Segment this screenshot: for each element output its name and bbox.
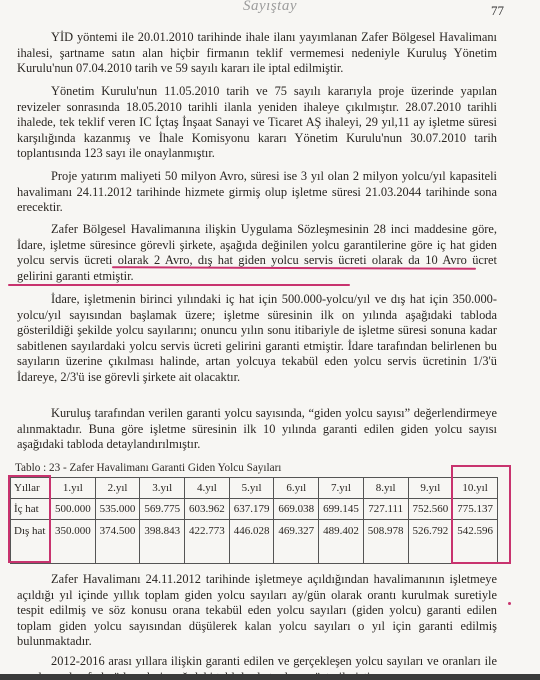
table-cell: 669.038 bbox=[274, 499, 319, 520]
paragraph-text: Yönetim Kurulu'nun 11.05.2010 tarih ve 7… bbox=[17, 84, 497, 160]
table-header-cell: 2.yıl bbox=[95, 478, 140, 499]
table-cell: 350.000 bbox=[51, 520, 96, 564]
table-cell: 569.775 bbox=[140, 499, 185, 520]
table-cell: 469.327 bbox=[274, 520, 319, 564]
table-cell: 500.000 bbox=[51, 499, 96, 520]
paragraph-text: Zafer Havalimanı 24.11.2012 tarihinde iş… bbox=[17, 572, 497, 648]
table-cell: 398.843 bbox=[140, 520, 185, 564]
running-header: Sayıştay bbox=[0, 0, 540, 15]
paragraph-3: Proje yatırım maliyeti 50 milyon Avro, s… bbox=[17, 169, 497, 216]
table-cell: 508.978 bbox=[363, 520, 408, 564]
highlight-box-row-labels bbox=[8, 475, 51, 563]
paragraph-5: İdare, işletmenin birinci yılındaki iç h… bbox=[17, 292, 497, 386]
table-header-cell: 6.yıl bbox=[274, 478, 319, 499]
paragraph-1: YİD yöntemi ile 20.01.2010 tarihinde iha… bbox=[17, 30, 497, 77]
guarantee-passenger-table: Yıllar 1.yıl 2.yıl 3.yıl 4.yıl 5.yıl 6.y… bbox=[10, 477, 498, 564]
table-cell: 526.792 bbox=[408, 520, 453, 564]
table-cell: 374.500 bbox=[95, 520, 140, 564]
paragraph-7: Zafer Havalimanı 24.11.2012 tarihinde iş… bbox=[17, 572, 497, 650]
table-cell: 637.179 bbox=[229, 499, 274, 520]
paragraph-4: Zafer Bölgesel Havalimanına ilişkin Uygu… bbox=[17, 222, 497, 284]
table-header-row: Yıllar 1.yıl 2.yıl 3.yıl 4.yıl 5.yıl 6.y… bbox=[11, 478, 498, 499]
paragraph-text: Zafer Bölgesel Havalimanına ilişkin Uygu… bbox=[17, 222, 497, 283]
table-cell: 489.402 bbox=[319, 520, 364, 564]
table-header-cell: 7.yıl bbox=[319, 478, 364, 499]
highlight-box-year-10 bbox=[451, 465, 511, 564]
table-header-cell: 1.yıl bbox=[51, 478, 96, 499]
paragraph-text: Proje yatırım maliyeti 50 milyon Avro, s… bbox=[17, 169, 497, 214]
table-cell: 535.000 bbox=[95, 499, 140, 520]
table-header-cell: 4.yıl bbox=[185, 478, 230, 499]
table-header-cell: 3.yıl bbox=[140, 478, 185, 499]
scan-bottom-edge bbox=[0, 674, 540, 680]
table-header-cell: 9.yıl bbox=[408, 478, 453, 499]
table-cell: 446.028 bbox=[229, 520, 274, 564]
annotation-dot bbox=[508, 602, 511, 605]
table-header-cell: 8.yıl bbox=[363, 478, 408, 499]
table-cell: 727.111 bbox=[363, 499, 408, 520]
table-cell: 603.962 bbox=[185, 499, 230, 520]
table-header-cell: 5.yıl bbox=[229, 478, 274, 499]
paragraph-text: İdare, işletmenin birinci yılındaki iç h… bbox=[17, 292, 497, 384]
table-row: Dış hat 350.000 374.500 398.843 422.773 … bbox=[11, 520, 498, 564]
paragraph-text: Kuruluş tarafından verilen garanti yolcu… bbox=[17, 406, 497, 451]
paragraph-text: YİD yöntemi ile 20.01.2010 tarihinde iha… bbox=[17, 30, 497, 75]
table-cell: 699.145 bbox=[319, 499, 364, 520]
paragraph-2: Yönetim Kurulu'nun 11.05.2010 tarih ve 7… bbox=[17, 84, 497, 162]
highlight-underline-2 bbox=[8, 284, 350, 286]
table-cell: 752.560 bbox=[408, 499, 453, 520]
table-row: İç hat 500.000 535.000 569.775 603.962 6… bbox=[11, 499, 498, 520]
paragraph-6: Kuruluş tarafından verilen garanti yolcu… bbox=[17, 406, 497, 453]
document-page: Sayıştay 77 YİD yöntemi ile 20.01.2010 t… bbox=[0, 0, 540, 680]
table-cell: 422.773 bbox=[185, 520, 230, 564]
table-caption: Tablo : 23 - Zafer Havalimanı Garanti Gi… bbox=[15, 462, 281, 474]
page-number: 77 bbox=[491, 3, 504, 19]
